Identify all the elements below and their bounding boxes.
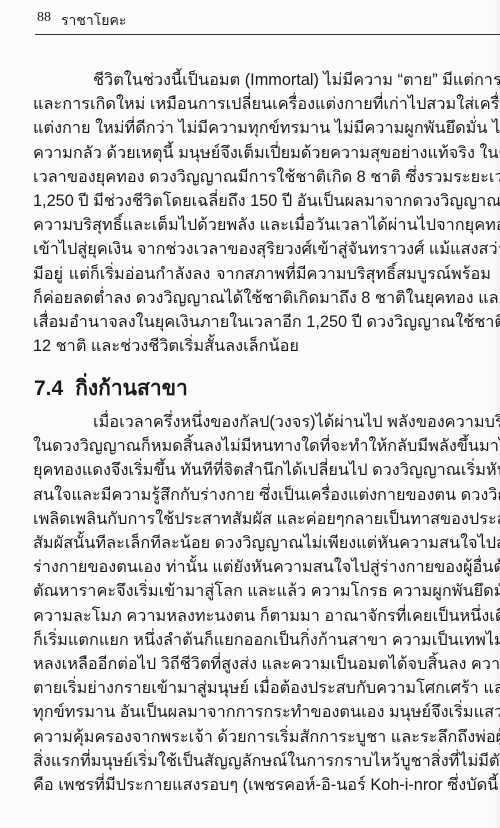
text-line: แต่งกาย ใหม่ที่ดีกว่า ไม่มีความทุกข์ทรมา…	[33, 116, 491, 140]
text-line: สิ่งแรกที่มนุษย์เริ่มใช้เป็นสัญญลักษณ์ใน…	[33, 749, 491, 773]
text-line: มีอยู่ แต่ก็เริ่มอ่อนกำลังลง จากสภาพที่ม…	[33, 262, 491, 286]
text-line: เวลาของยุคทอง ดวงวิญญาณมีการใช้ชาติเกิด …	[33, 165, 491, 189]
text-line: เมื่อเวลาครึ่งหนึ่งของกัลป(วงจร)ได้ผ่านไ…	[33, 410, 491, 434]
section-title: กิ่งก้านสาขา	[75, 377, 188, 400]
text-line: สนใจและมีความรู้สึกกับร่างกาย ซึ่งเป็นเค…	[33, 483, 491, 507]
text-line: ก็เริ่มแตกแยก หนึ่งลำต้นก็แยกออกเป็นกิ่ง…	[33, 628, 491, 652]
text-line: ความละโมภ ความหลงทะนงตน ก็ตามมา อาณาจักร…	[33, 604, 491, 628]
text-line: ร่างกายของตนเอง ท่านั้น แต่ยังหันความสนใ…	[33, 555, 491, 579]
text-line: หลงเหลืออีกต่อไป วิถีชีวิตที่สูงส่ง และค…	[33, 652, 491, 676]
text-line: 1,250 ปี มีช่วงชีวิตโดยเฉลี่ยถึง 150 ปี …	[33, 189, 491, 213]
text-line: คือ เพชรที่มีประกายแสงรอบๆ (เพชรคอห์-อิ-…	[33, 773, 491, 797]
text-line: ยุคทองแดงจึงเริ่มขึ้น ทันทีที่จิตสำนึกได…	[33, 458, 491, 482]
page-number: 88	[37, 10, 51, 26]
paragraph-branches: เมื่อเวลาครึ่งหนึ่งของกัลป(วงจร)ได้ผ่านไ…	[33, 410, 491, 797]
paragraph-immortal-life: ชีวิตในช่วงนี้เป็นอมต (Immortal) ไม่มีคว…	[33, 68, 491, 358]
text-line: ก็ค่อยลดต่ำลง ดวงวิญญาณได้ใช้ชาติเกิดมาถ…	[33, 286, 491, 310]
text-line: ความคุ้มครองจากพระเจ้า ด้วยการเริ่มสักกา…	[33, 725, 491, 749]
text-line: ตัณหาราคะจึงเริ่มเข้ามาสู่โลก และแล้ว คว…	[33, 579, 491, 603]
scan-page-edge	[494, 0, 500, 828]
text-line: ความบริสุทธิ์และเต็มไปด้วยพลัง และเมื่อว…	[33, 213, 491, 237]
text-line: ชีวิตในช่วงนี้เป็นอมต (Immortal) ไม่มีคว…	[33, 68, 491, 92]
section-heading: 7.4กิ่งก้านสาขา	[34, 372, 188, 405]
text-line: เพลิดเพลินกับการใช้ประสาทสัมผัส และค่อยๆ…	[33, 507, 491, 531]
text-line: เข้าไปสู่ยุคเงิน จากช่วงเวลาของสุริยวงศ์…	[33, 237, 491, 261]
text-line: ตายเริ่มย่างกรายเข้ามาสู่มนุษย์ เมื่อต้อ…	[33, 676, 491, 700]
page-header: 88 ราชาโยคะ	[35, 8, 500, 35]
text-line: ในดวงวิญญาณก็หมดสิ้นลงไม่มีหนทางใดที่จะท…	[33, 434, 491, 458]
text-line: และการเกิดใหม่ เหมือนการเปลี่ยนเครื่องแต…	[33, 92, 491, 116]
text-line: 12 ชาติ และช่วงชีวิตเริ่มสั้นลงเล็กน้อย	[33, 334, 491, 358]
text-line: สัมผัสนั้นทีละเล็กทีละน้อย ดวงวิญญาณไม่เ…	[33, 531, 491, 555]
text-line: ทุกข์ทรมาน อันเป็นผลมาจากการกระทำของตนเอ…	[33, 700, 491, 724]
running-title: ราชาโยคะ	[61, 10, 126, 32]
text-line: ความกลัว ด้วยเหตุนี้ มนุษย์จึงเต็มเปี่ยม…	[33, 141, 491, 165]
text-line: เสื่อมอำนาจลงในยุคเงินภายในเวลาอีก 1,250…	[33, 310, 491, 334]
section-number: 7.4	[34, 377, 63, 400]
